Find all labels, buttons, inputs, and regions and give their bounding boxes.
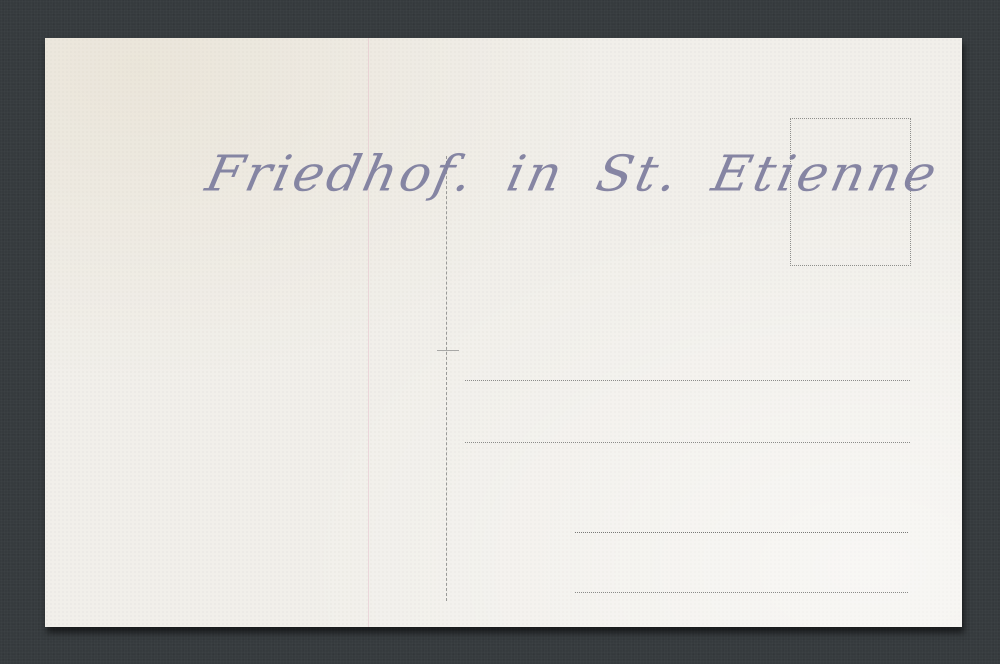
divider-tick <box>437 350 459 351</box>
postcard: Friedhof. in St. Etienne <box>45 38 962 627</box>
address-line-3 <box>575 532 908 533</box>
address-line-1 <box>465 380 910 381</box>
address-line-2 <box>465 442 910 443</box>
pink-guide-line <box>368 38 369 627</box>
message-address-divider <box>446 156 447 601</box>
address-line-4 <box>575 592 908 593</box>
handwritten-caption: Friedhof. in St. Etienne <box>201 146 944 203</box>
